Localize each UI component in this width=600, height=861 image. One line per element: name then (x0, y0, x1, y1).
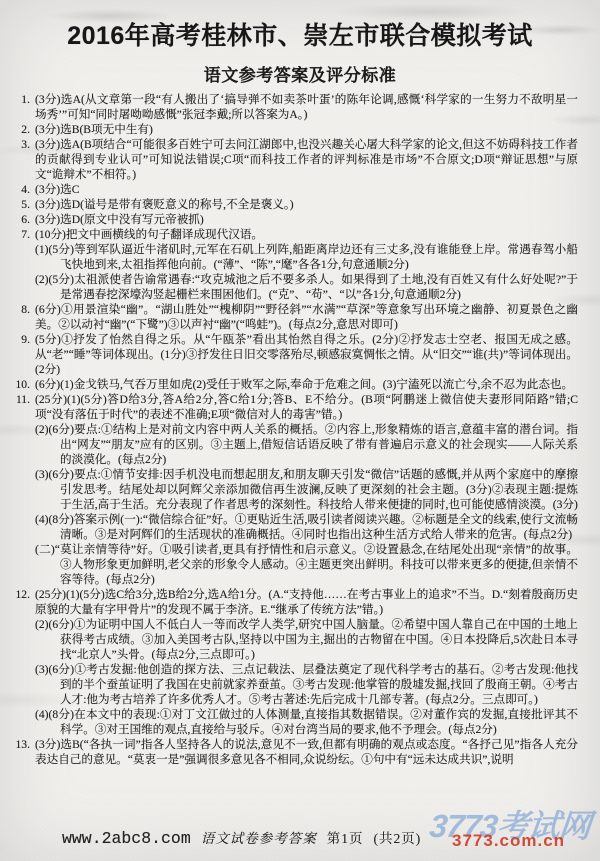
answer-paragraph: (1)(5分)等到军队逼近牛渚矶时,元军在石矶上列阵,船距离岸边还有三丈多,没有… (8, 242, 578, 272)
answer-paragraph: (4)(8分)在本文中的表现:①对丁文江做过的人体测量,直接指其数据错误。②对董… (8, 707, 578, 737)
answer-text: (6分)(1)金戈铁马,气吞万里如虎(2)受任于败军之际,奉命于危难之间。(3)… (35, 378, 573, 391)
answer-number: 12. (10, 587, 30, 602)
watermark-site-url: 3773.com.cn (452, 831, 565, 851)
answer-paragraph: 3.(3分)选A(B项结合“可能很多百姓宁可去问江湖郎中,也没兴趣关心屠大科学家… (8, 137, 578, 182)
answer-number: 5. (10, 197, 30, 212)
answer-paragraph: 11.(25分)(1)(5分)答D给3分,答A给2分,答C给1分;答B、E不给分… (8, 392, 578, 422)
answer-paragraph: 4.(3分)选C (8, 182, 578, 197)
answer-paragraph: (2)(6分)要点:①结构上是对前文内容中两人关系的概括。②内容上,形象精炼的语… (8, 422, 578, 467)
answer-number: 10. (10, 377, 30, 392)
answer-number: 2. (10, 122, 30, 137)
answer-paragraph: (二)“莫让亲情等待”好。①吸引读者,更具有抒情性和启示意义。②设置悬念,在结尾… (8, 542, 578, 587)
answer-paragraph: (3)(6分)要点:①情节安排:因手机没电而想起朋友,和朋友聊天引发“微信”话题… (8, 467, 578, 512)
answer-text: (二)“莫让亲情等待”好。①吸引读者,更具有抒情性和启示意义。②设置悬念,在结尾… (35, 543, 578, 586)
answer-text: (4)(8分)在本文中的表现:①对丁文江做过的人体测量,直接指其数据错误。②对董… (35, 708, 578, 736)
answer-text: (3分)选D(原文中没有写元帝被抓) (35, 213, 204, 226)
answer-paragraph: 1.(3分)选A(从文章第一段“有人搬出了‘搞导弹不如卖茶叶蛋’的陈年论调,感慨… (8, 92, 578, 122)
answer-paragraph: 13.(3分)选B(“各执一词”指各人坚持各人的说法,意见不一致,但都有明确的观… (8, 737, 578, 767)
answer-text: (6分)①用景渲染“幽”。“湖山胜处”“槐柳阴”“野径斜”“水满”“草深”等意象… (35, 303, 578, 331)
answer-text: (3分)选C (35, 183, 79, 196)
page-footer: www.2abc8.com 语文试卷参考答案 第1页 (共2页) (62, 827, 421, 848)
answer-number: 6. (10, 212, 30, 227)
footer-source-url: www.2abc8.com (62, 829, 191, 848)
answer-paragraph: 6.(3分)选D(原文中没有写元帝被抓) (8, 212, 578, 227)
answer-paragraph: 5.(3分)选D(谥号是带有褒贬意义的称号,不全是褒义。) (8, 197, 578, 212)
answer-text: (3分)选D(谥号是带有褒贬意义的称号,不全是褒义。) (35, 198, 294, 211)
answer-paragraph: (4)(8分)答案示例(一):“微信综合征”好。①更贴近生活,吸引读者阅读兴趣。… (8, 512, 578, 542)
answer-text: (3分)选A(从文章第一段“有人搬出了‘搞导弹不如卖茶叶蛋’的陈年论调,感慨‘科… (35, 93, 578, 121)
answer-text: (3)(6分)要点:①情节安排:因手机没电而想起朋友,和朋友聊天引发“微信”话题… (35, 468, 578, 511)
footer-total-pages: (共2页) (373, 827, 421, 847)
answer-text: (2)(6分)①为证明中国人不低白人一等而改学人类学,研究中国人脑量。②希望中国… (35, 618, 578, 661)
answer-text: (1)(5分)等到军队逼近牛渚矶时,元军在石矶上列阵,船距离岸边还有三丈多,没有… (35, 243, 578, 271)
answers-subtitle: 语文参考答案及评分标准 (0, 61, 600, 86)
exam-title: 2016年高考桂林市、崇左市联合模拟考试 (0, 16, 600, 52)
footer-caption: 语文试卷参考答案 (201, 827, 317, 847)
answer-text: (25分)(1)(5分)答D给3分,答A给2分,答C给1分;答B、E不给分。(B… (35, 393, 578, 421)
answer-paragraph: (3)(6分)①考古发掘:他创造的探方法、三点记载法、层叠法奠定了现代科学考古的… (8, 662, 578, 707)
answer-paragraph: (2)(6分)①为证明中国人不低白人一等而改学人类学,研究中国人脑量。②希望中国… (8, 617, 578, 662)
answer-number: 8. (10, 302, 30, 317)
answer-text: (10分)把文中画横线的句子翻译成现代汉语。 (35, 228, 263, 241)
answer-text: (3)(6分)①考古发掘:他创造的探方法、三点记载法、层叠法奠定了现代科学考古的… (35, 663, 578, 706)
answer-paragraph: (2)(5分)太祖派使者告谕常遇春:“攻克城池之后不要多杀人。如果得到了土地,没… (8, 272, 578, 302)
answer-number: 7. (10, 227, 30, 242)
answer-number: 9. (10, 332, 30, 347)
answer-paragraph: 7.(10分)把文中画横线的句子翻译成现代汉语。 (8, 227, 578, 242)
answer-text: (3分)选B(B项无中生有) (35, 123, 153, 136)
answer-text: (25分)(1)(5分)选C给3分,选B给2分,选A给1分。(A.“支持他……在… (35, 588, 578, 616)
answer-paragraph: 2.(3分)选B(B项无中生有) (8, 122, 578, 137)
answer-paragraph: 9.(5分)①抒发了怡然自得之乐。从“午瓯茶”看出其怡然自得之乐。(2分)②抒发… (8, 332, 578, 377)
answer-number: 3. (10, 137, 30, 152)
answer-number: 13. (10, 737, 30, 752)
answer-text: (2)(5分)太祖派使者告谕常遇春:“攻克城池之后不要多杀人。如果得到了土地,没… (35, 273, 578, 301)
answer-number: 11. (10, 392, 30, 407)
footer-page-number: 第1页 (327, 827, 364, 847)
answers-list: 1.(3分)选A(从文章第一段“有人搬出了‘搞导弹不如卖茶叶蛋’的陈年论调,感慨… (8, 92, 578, 767)
answer-text: (3分)选B(“各执一词”指各人坚持各人的说法,意见不一致,但都有明确的观点或态… (35, 738, 578, 766)
answer-paragraph: 10.(6分)(1)金戈铁马,气吞万里如虎(2)受任于败军之际,奉命于危难之间。… (8, 377, 578, 392)
answer-text: (2)(6分)要点:①结构上是对前文内容中两人关系的概括。②内容上,形象精炼的语… (35, 423, 578, 466)
answer-number: 4. (10, 182, 30, 197)
answer-text: (3分)选A(B项结合“可能很多百姓宁可去问江湖郎中,也没兴趣关心屠大科学家的论… (35, 138, 578, 181)
answer-text: (4)(8分)答案示例(一):“微信综合征”好。①更贴近生活,吸引读者阅读兴趣。… (35, 513, 578, 541)
scanned-answer-sheet-page: 2016年高考桂林市、崇左市联合模拟考试 语文参考答案及评分标准 1.(3分)选… (0, 0, 600, 861)
answer-text: (5分)①抒发了怡然自得之乐。从“午瓯茶”看出其怡然自得之乐。(2分)②抒发志士… (35, 333, 578, 376)
answer-paragraph: 12.(25分)(1)(5分)选C给3分,选B给2分,选A给1分。(A.“支持他… (8, 587, 578, 617)
answer-paragraph: 8.(6分)①用景渲染“幽”。“湖山胜处”“槐柳阴”“野径斜”“水满”“草深”等… (8, 302, 578, 332)
answer-number: 1. (10, 92, 30, 107)
watermark-site-name: 3773考试网 (428, 801, 593, 847)
